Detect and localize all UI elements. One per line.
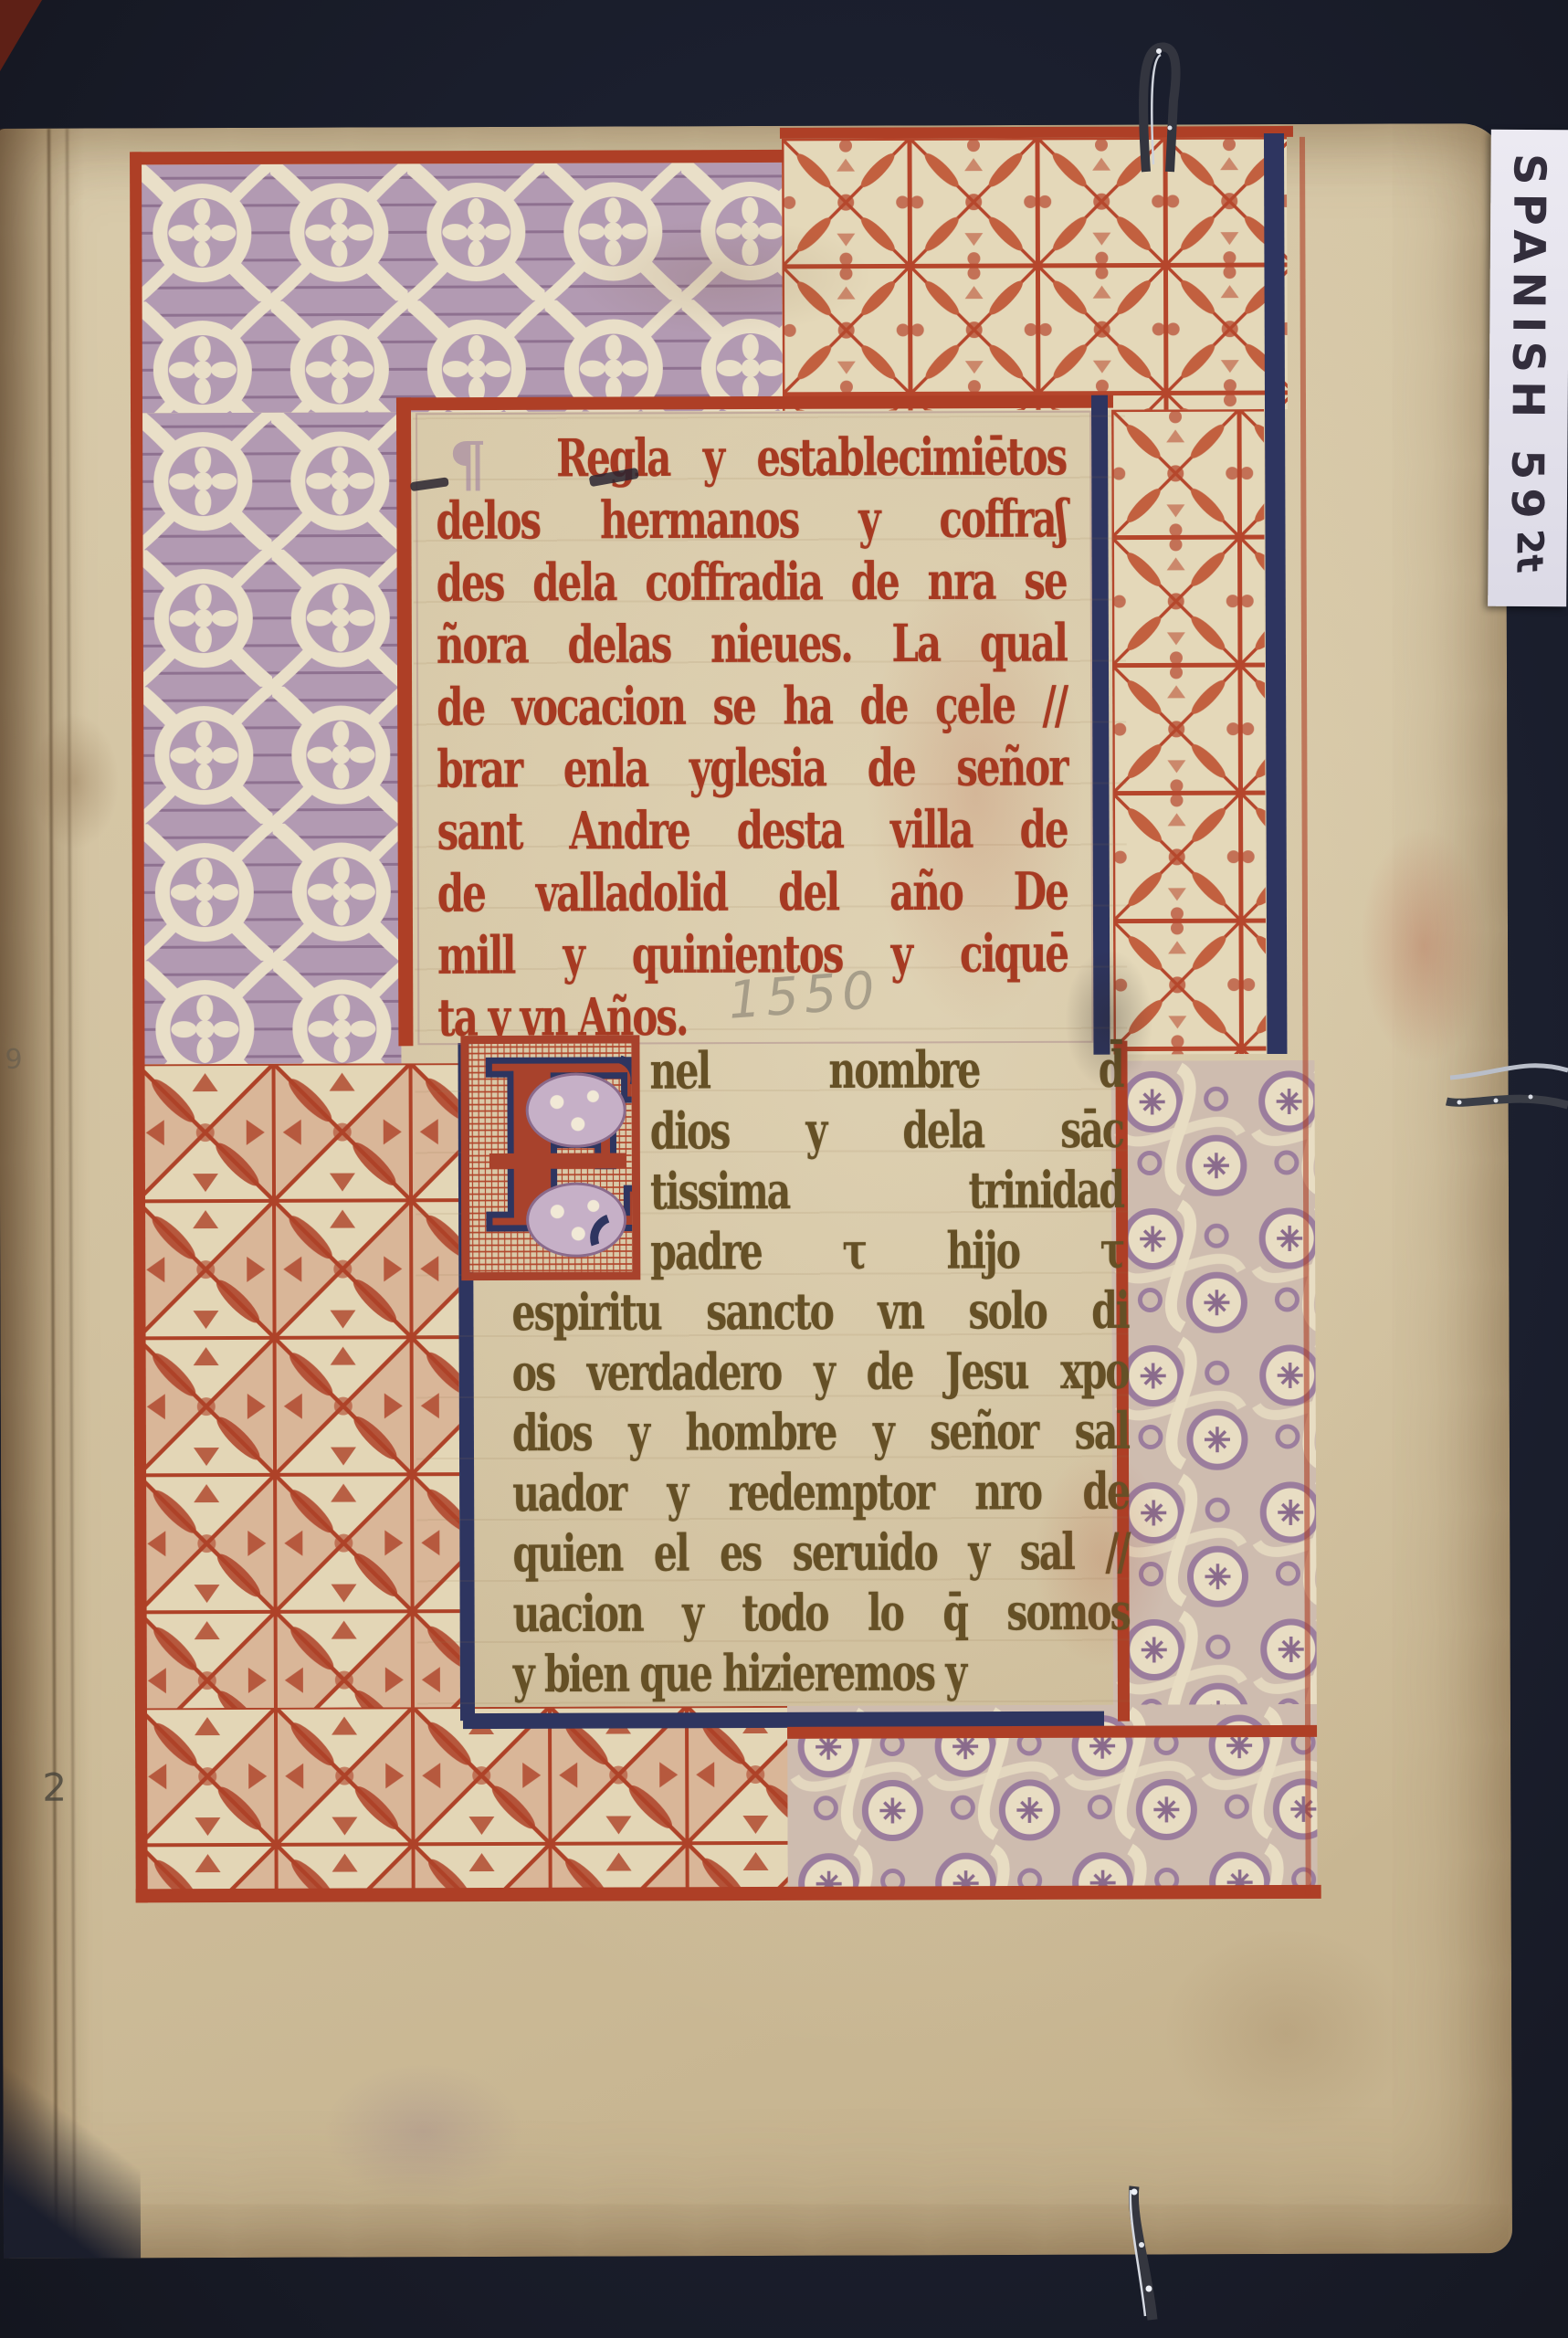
red-text-line: delos hermanos y coffraʃ — [436, 489, 1066, 553]
pencil-folio-number: 2 — [42, 1765, 67, 1810]
frame-line-red-textblock-top — [396, 395, 1113, 411]
frame-line-red-lower-bottom — [787, 1725, 1317, 1739]
border-darts-bottom — [139, 1706, 790, 1900]
red-text-line: Regla y establecimiētos — [556, 427, 1066, 490]
shelfmark-text: SPANISH 59 — [1501, 153, 1555, 527]
brown-text-line: dios y dela sāc — [650, 1101, 1123, 1163]
brown-text-line: espiritu sancto vn solo di — [511, 1281, 1128, 1344]
red-stain — [866, 554, 1087, 1030]
book-spine-edge — [0, 129, 91, 2259]
brown-stain — [1163, 1928, 1410, 2139]
frame-line-red-top-left — [132, 150, 784, 164]
wire-clip-right — [1443, 1048, 1568, 1135]
border-lattice-right — [1111, 409, 1266, 1055]
frame-line-red-bottom — [136, 1885, 1321, 1903]
frame-line-red-top-right — [780, 126, 1293, 139]
brown-text-line: uador y redemptor nro de — [512, 1462, 1129, 1525]
torn-corner-shadow — [3, 2038, 141, 2259]
ink-smudge — [1063, 946, 1155, 1092]
manuscript-photo: ¶ Regla y establecimiētos delos hermanos… — [0, 0, 1568, 2338]
brown-text-line: padre τ hijo τ — [650, 1221, 1123, 1283]
brown-stain — [572, 217, 873, 337]
initial-crossbar — [489, 1153, 626, 1169]
wire-clip-top — [1128, 37, 1192, 175]
frame-line-navy-right-outer — [1264, 133, 1288, 1054]
red-stain — [1033, 1448, 1171, 1669]
border-vine-left — [134, 412, 401, 1064]
brown-text-line: os verdadero y de Jesu xpo — [512, 1342, 1129, 1405]
shelfmark-label: SPANISH 59 2t — [1488, 130, 1568, 607]
red-stain — [1360, 827, 1489, 1064]
margin-pencil-mark: 9 — [5, 1044, 22, 1076]
brown-stain — [31, 712, 120, 849]
brown-text-line: nel nombre d̄ — [649, 1040, 1122, 1102]
pencil-year-annotation: 1550 — [726, 961, 882, 1031]
wire-clip-bottom — [1094, 2181, 1182, 2329]
illuminated-initial-panel: E — [460, 1035, 640, 1280]
pilcrow-mark: ¶ — [448, 428, 487, 500]
smudge-stain — [322, 2063, 524, 2201]
brown-text-line: tissima trinidad — [650, 1161, 1123, 1223]
shelfmark-subtext: 2t — [1508, 528, 1550, 574]
frame-line-red-textblock-left — [396, 397, 413, 1046]
brown-text-line: y bien que hizieremos y — [513, 1643, 1130, 1706]
brown-text-line: dios y hombre y señor sal — [512, 1402, 1129, 1465]
parchment-page: ¶ Regla y establecimiētos delos hermanos… — [0, 123, 1512, 2259]
